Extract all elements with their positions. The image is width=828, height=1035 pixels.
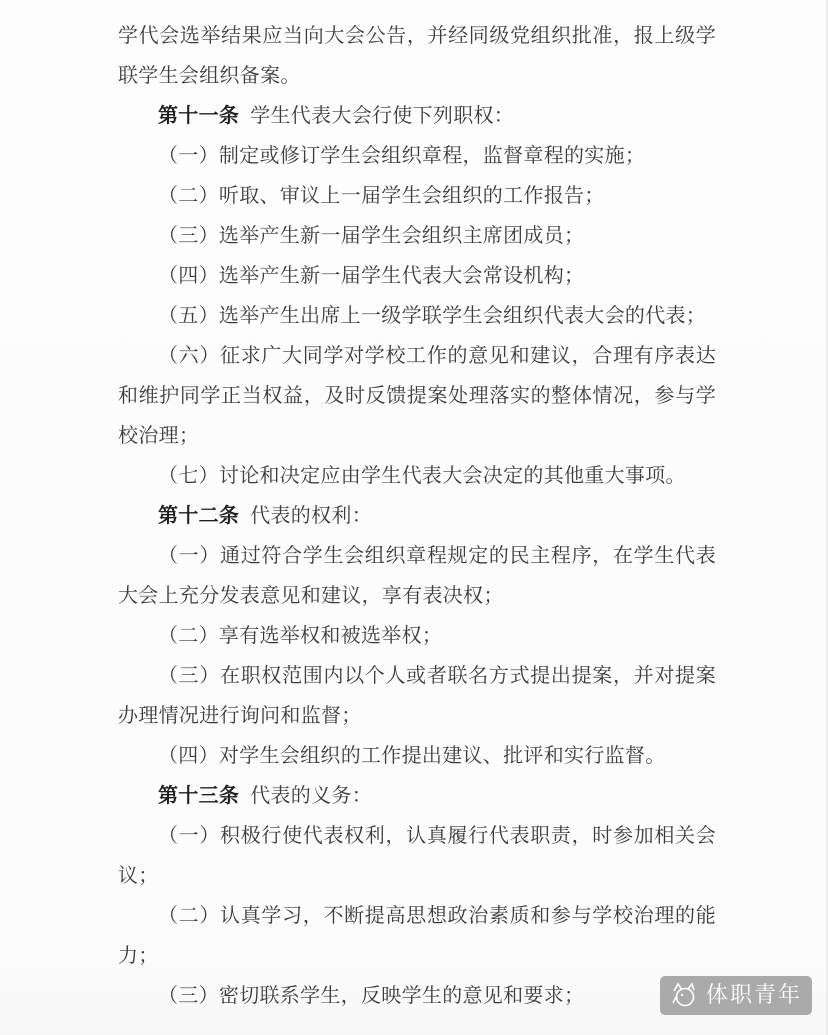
article-heading-paragraph: 第十三条代表的义务：: [118, 776, 716, 816]
article-title-text: 代表的权利：: [250, 505, 372, 527]
body-paragraph: （一）通过符合学生会组织章程规定的民主程序，在学生代表大会上充分发表意见和建议，…: [118, 536, 716, 616]
body-paragraph: （二）认真学习，不断提高思想政治素质和参与学校治理的能力；: [118, 896, 716, 976]
panda-mascot-logo-icon: [668, 981, 698, 1009]
body-paragraph: （三）选举产生新一届学生会组织主席团成员；: [118, 216, 716, 256]
document-body: 学代会选举结果应当向大会公告，并经同级党组织批准，报上级学联学生会组织备案。第十…: [0, 0, 826, 1016]
body-paragraph: （三）在职权范围内以个人或者联名方式提出提案，并对提案办理情况进行询问和监督；: [118, 656, 716, 736]
body-paragraph: 学代会选举结果应当向大会公告，并经同级党组织批准，报上级学联学生会组织备案。: [118, 16, 716, 96]
document-page: 学代会选举结果应当向大会公告，并经同级党组织批准，报上级学联学生会组织备案。第十…: [0, 0, 828, 1035]
article-heading-paragraph: 第十一条学生代表大会行使下列职权：: [118, 96, 716, 136]
article-number: 第十一条: [158, 105, 239, 127]
body-paragraph: （一）积极行使代表权利，认真履行代表职责，时参加相关会议；: [118, 816, 716, 896]
article-title-text: 学生代表大会行使下列职权：: [250, 105, 514, 127]
body-paragraph: （七）讨论和决定应由学生代表大会决定的其他重大事项。: [118, 456, 716, 496]
article-heading-paragraph: 第十二条代表的权利：: [118, 496, 716, 536]
body-paragraph: （二）听取、审议上一届学生会组织的工作报告；: [118, 176, 716, 216]
body-paragraph: （四）选举产生新一届学生代表大会常设机构；: [118, 256, 716, 296]
body-paragraph: （四）对学生会组织的工作提出建议、批评和实行监督。: [118, 736, 716, 776]
body-paragraph: （一）制定或修订学生会组织章程，监督章程的实施；: [118, 136, 716, 176]
body-paragraph: （五）选举产生出席上一级学联学生会组织代表大会的代表；: [118, 296, 716, 336]
body-paragraph: （二）享有选举权和被选举权；: [118, 616, 716, 656]
watermark-text: 体职青年: [706, 982, 802, 1008]
article-number: 第十三条: [158, 785, 239, 807]
article-number: 第十二条: [158, 505, 239, 527]
body-paragraph: （三）密切联系学生，反映学生的意见和要求；: [118, 976, 716, 1016]
body-paragraph: （六）征求广大同学对学校工作的意见和建议，合理有序表达和维护同学正当权益，及时反…: [118, 336, 716, 456]
article-title-text: 代表的义务：: [250, 785, 372, 807]
watermark-badge: 体职青年: [660, 976, 812, 1015]
